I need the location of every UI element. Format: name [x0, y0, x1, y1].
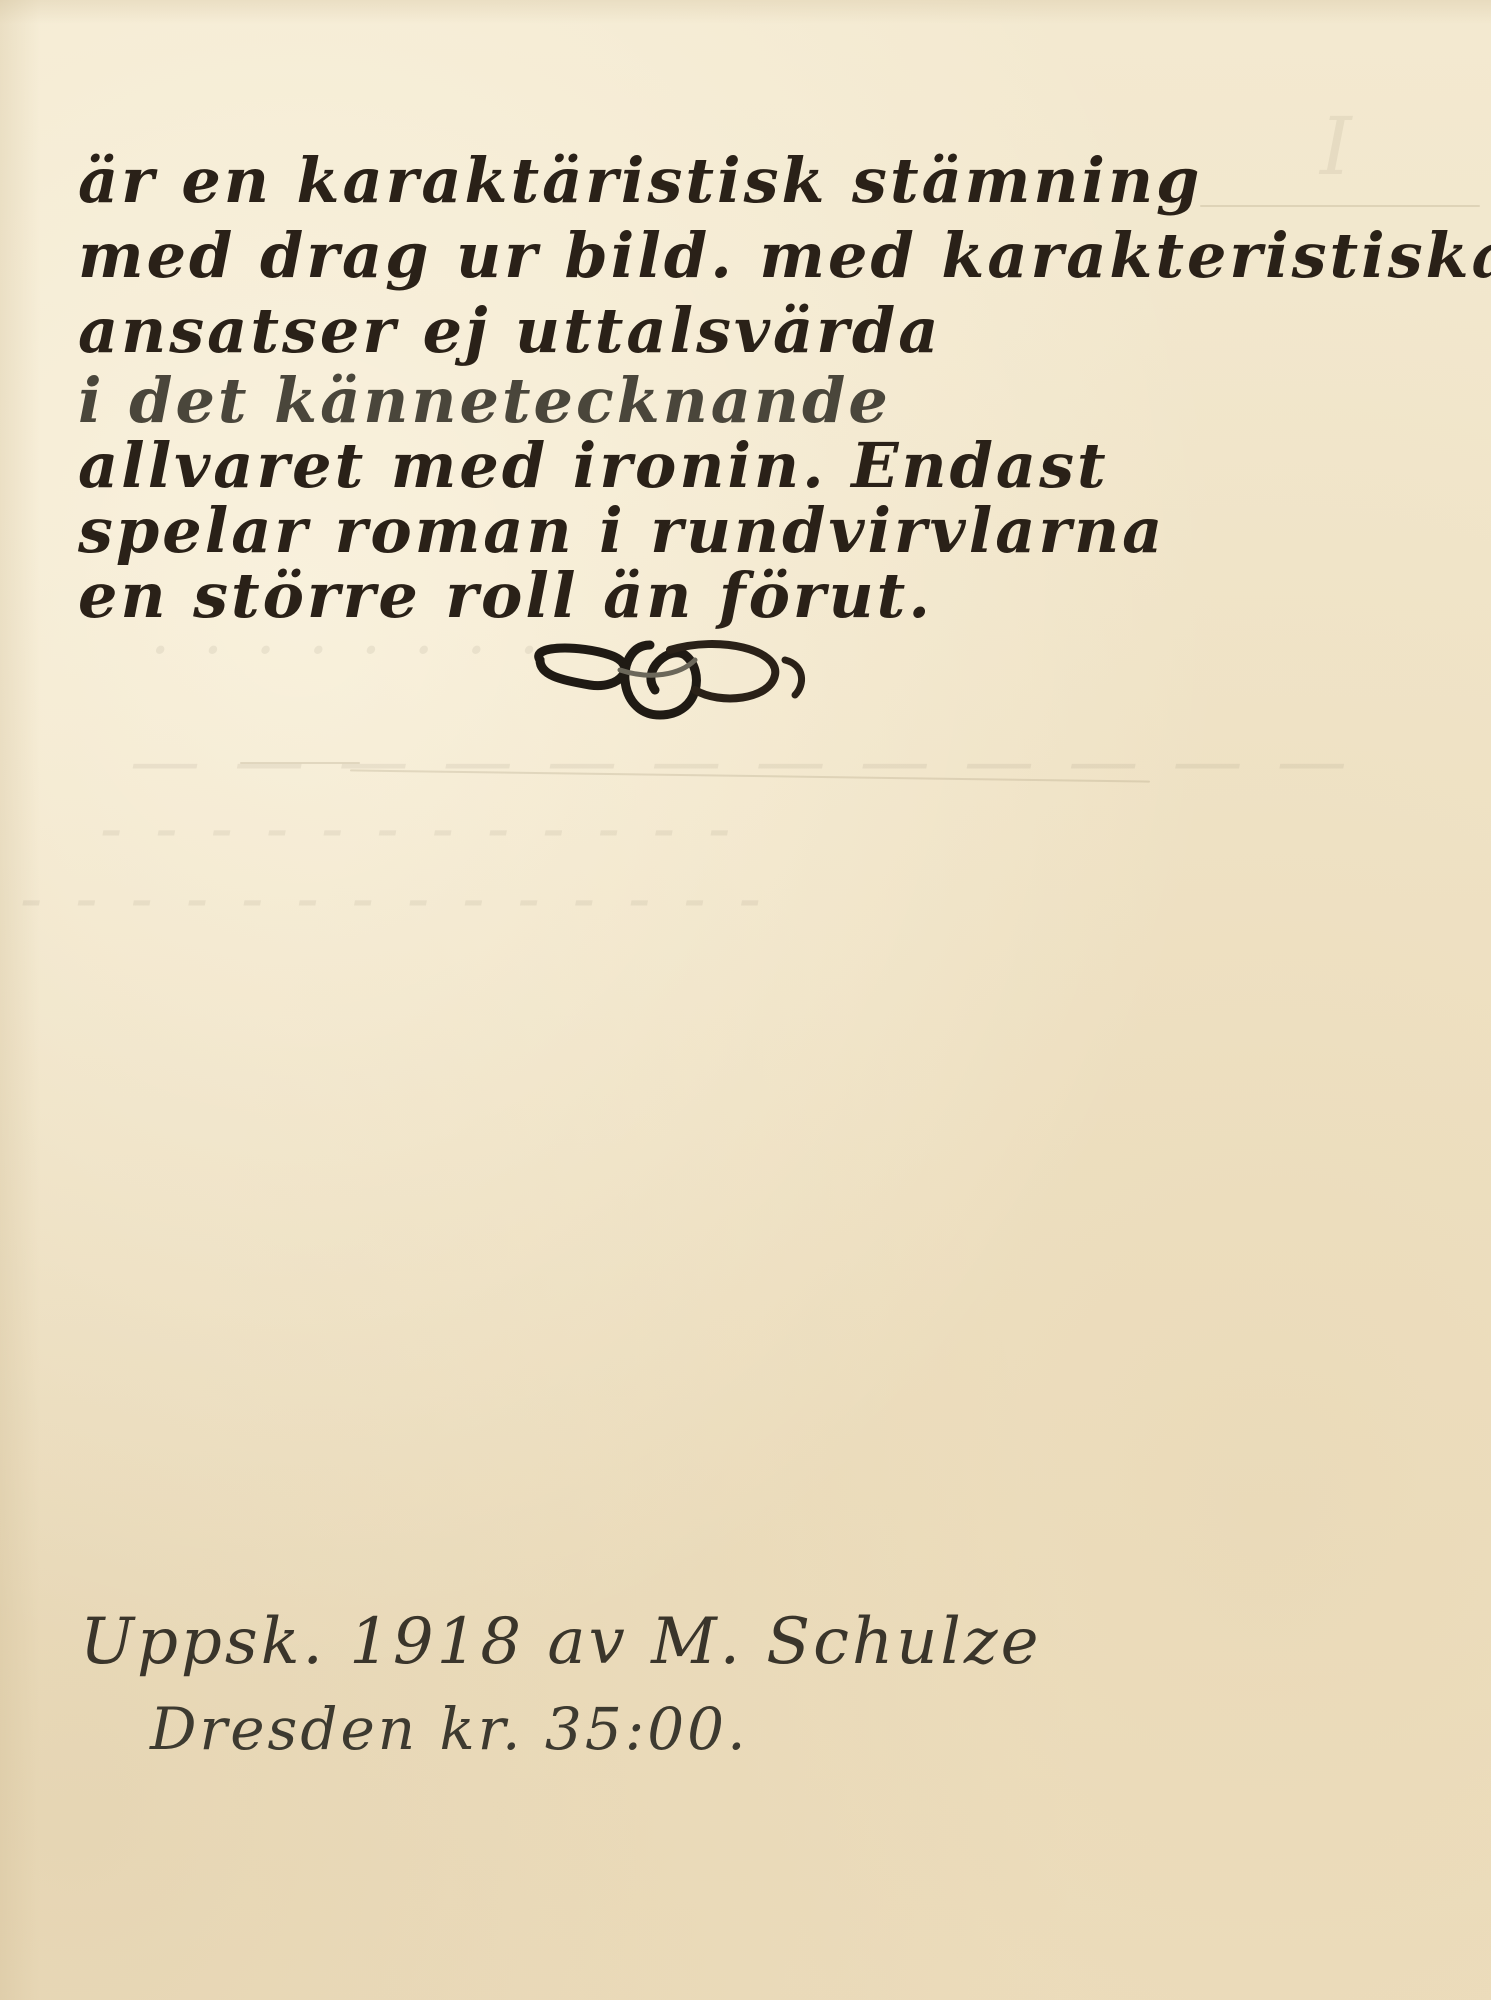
body-line-5: allvaret med ironin. Endast — [78, 435, 1109, 497]
body-line-6: spelar roman i rundvirvlarna — [78, 500, 1165, 562]
paper-edge-top — [0, 0, 1491, 24]
footer-line-2: Dresden kr. 35:00. — [150, 1700, 749, 1758]
body-line-1: är en karaktäristisk stämning — [78, 150, 1202, 212]
body-line-4: i det kännetecknande — [78, 370, 891, 432]
footer-line-1: Uppsk. 1918 av M. Schulze — [80, 1610, 1041, 1674]
manuscript-page: I . . . . . . . . . — — — — — — — — — — … — [0, 0, 1491, 2000]
body-line-3: ansatser ej uttalsvärda — [78, 300, 941, 362]
closing-flourish-icon — [520, 630, 820, 730]
paper-edge-left — [0, 0, 40, 2000]
body-line-2: med drag ur bild. med karakteristiska — [78, 225, 1491, 287]
body-line-7: en större roll än förut. — [78, 565, 933, 627]
